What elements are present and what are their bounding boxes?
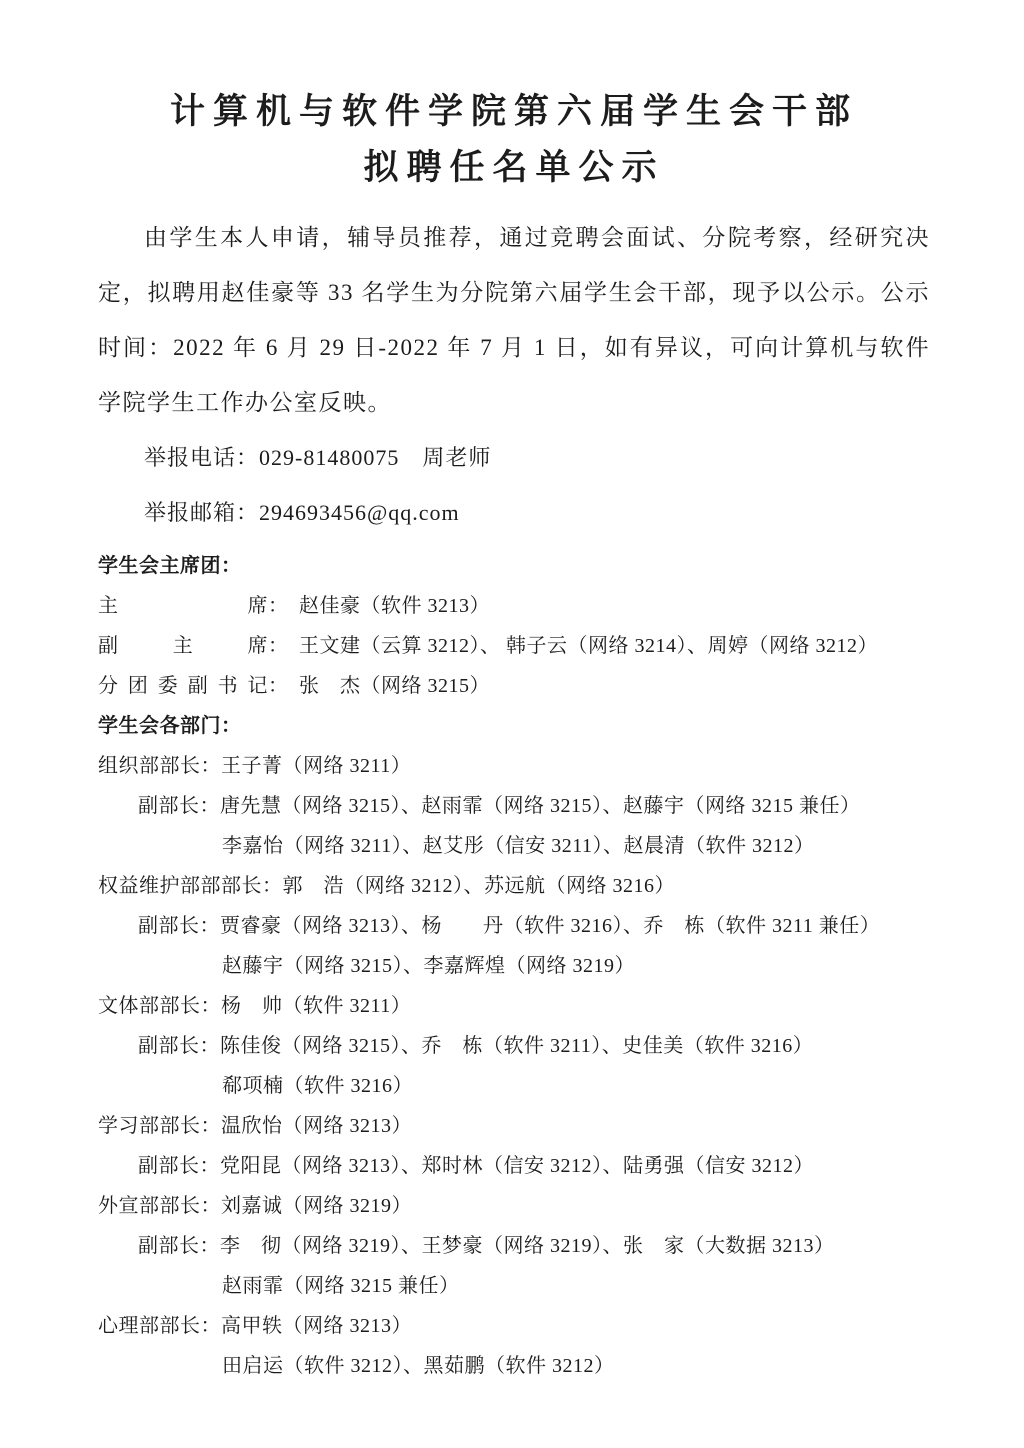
roster-chair-row: 副主席： 王文建（云算 3212）、 韩子云（网络 3214）、周婷（网络 32…: [98, 626, 930, 666]
roster-chair-row: 主席： 赵佳豪（软件 3213）: [98, 586, 930, 626]
roster-dept-row: 学习部部长：温欣怡（网络 3213）: [98, 1106, 930, 1146]
roster-list: 学生会主席团： 主席： 赵佳豪（软件 3213） 副主席： 王文建（云算 321…: [98, 546, 930, 1386]
report-email-line: 举报邮箱：294693456@qq.com: [98, 485, 930, 540]
roster-dept-row: 心理部部长：高甲轶（网络 3213）: [98, 1306, 930, 1346]
roster-cont-row: 赵雨霏（网络 3215 兼任）: [98, 1266, 930, 1306]
roster-dept-row: 组织部部长：王子菁（网络 3211）: [98, 746, 930, 786]
roster-sub-row: 副部长：贾睿豪（网络 3213）、杨 丹（软件 3216）、乔 栋（软件 321…: [98, 906, 930, 946]
chair-names: ： 王文建（云算 3212）、 韩子云（网络 3214）、周婷（网络 3212）: [268, 635, 878, 657]
roster-dept-row: 权益维护部部部长：郭 浩（网络 3212）、苏远航（网络 3216）: [98, 866, 930, 906]
page-title-line1: 计算机与软件学院第六届学生会干部: [98, 86, 930, 138]
chair-names: ： 赵佳豪（软件 3213）: [268, 595, 490, 617]
chair-role-label: 分团委副书记: [98, 666, 268, 706]
roster-cont-row: 郗项楠（软件 3216）: [98, 1066, 930, 1106]
roster-sub-row: 副部长：李 彻（网络 3219）、王梦豪（网络 3219）、张 家（大数据 32…: [98, 1226, 930, 1266]
roster-chair-row: 分团委副书记： 张 杰（网络 3215）: [98, 666, 930, 706]
roster-sub-row: 副部长：唐先慧（网络 3215）、赵雨霏（网络 3215）、赵藤宇（网络 321…: [98, 786, 930, 826]
chair-names: ： 张 杰（网络 3215）: [268, 675, 490, 697]
roster-cont-row: 田启运（软件 3212）、黑茹鹏（软件 3212）: [98, 1346, 930, 1386]
report-phone-line: 举报电话：029-81480075 周老师: [98, 430, 930, 485]
page-title-line2: 拟聘任名单公示: [98, 142, 930, 194]
roster-dept-row: 外宣部部长：刘嘉诚（网络 3219）: [98, 1186, 930, 1226]
roster-heading-departments: 学生会各部门：: [98, 706, 930, 746]
chair-role-label: 副主席: [98, 626, 268, 666]
roster-dept-row: 文体部部长：杨 帅（软件 3211）: [98, 986, 930, 1026]
notice-document: 计算机与软件学院第六届学生会干部 拟聘任名单公示 由学生本人申请，辅导员推荐，通…: [0, 0, 1024, 1448]
roster-sub-row: 副部长：陈佳俊（网络 3215）、乔 栋（软件 3211）、史佳美（软件 321…: [98, 1026, 930, 1066]
roster-sub-row: 副部长：党阳昆（网络 3213）、郑时林（信安 3212）、陆勇强（信安 321…: [98, 1146, 930, 1186]
roster-heading-presidium: 学生会主席团：: [98, 546, 930, 586]
roster-cont-row: 李嘉怡（网络 3211）、赵艾彤（信安 3211）、赵晨清（软件 3212）: [98, 826, 930, 866]
intro-paragraph: 由学生本人申请，辅导员推荐，通过竞聘会面试、分院考察，经研究决定，拟聘用赵佳豪等…: [98, 210, 930, 430]
roster-cont-row: 赵藤宇（网络 3215）、李嘉辉煌（网络 3219）: [98, 946, 930, 986]
chair-role-label: 主席: [98, 586, 268, 626]
